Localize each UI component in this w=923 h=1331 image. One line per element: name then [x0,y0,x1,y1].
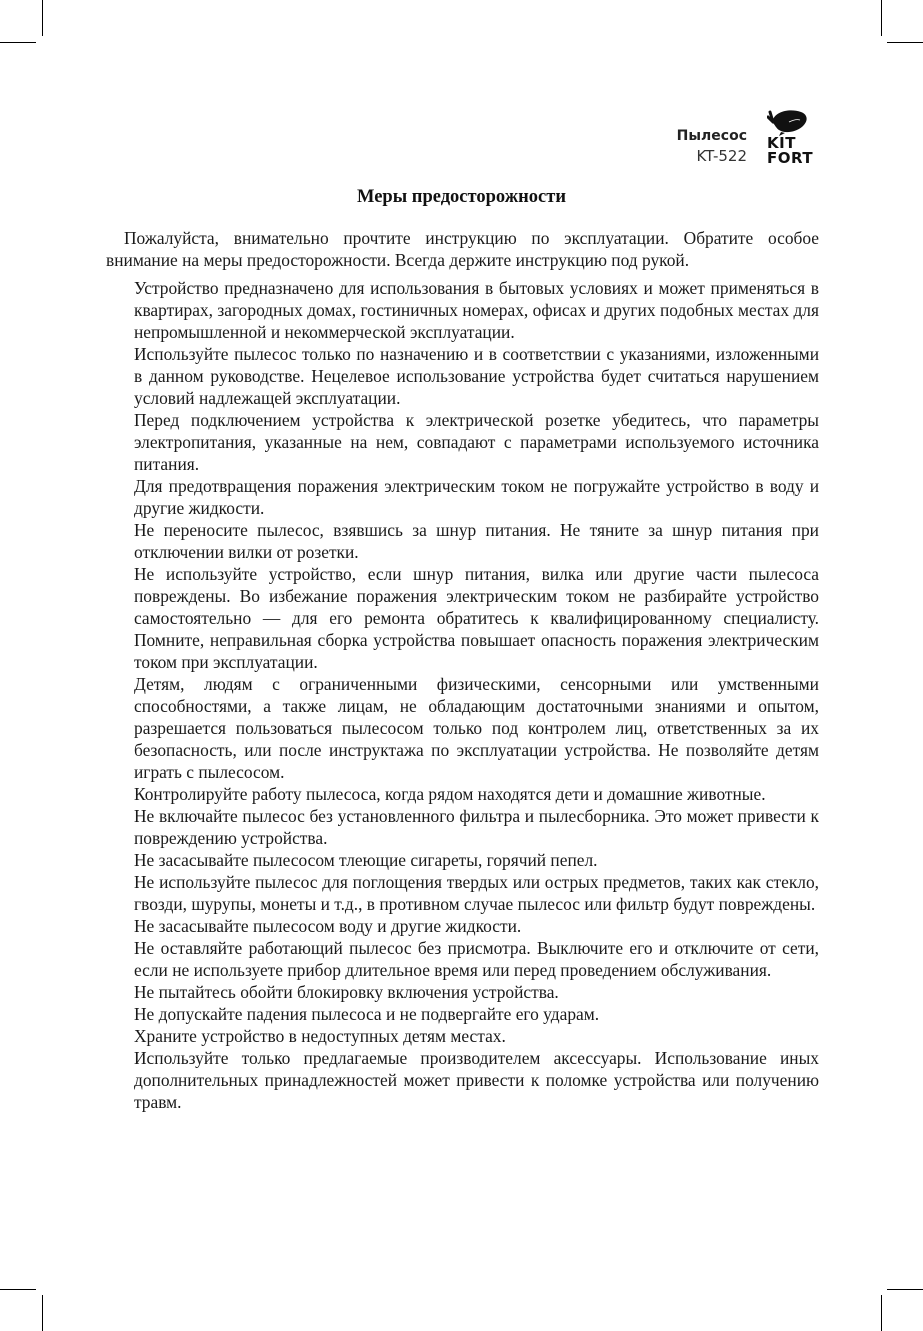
logo-text-fort: FORT [767,151,813,166]
list-item: Используйте пылесос только по назначению… [134,343,819,409]
list-item: Не засасывайте пылесосом тлеющие сигарет… [134,849,819,871]
list-item: Не пытайтесь обойти блокировку включения… [134,981,819,1003]
list-item: Контролируйте работу пылесоса, когда ряд… [134,783,819,805]
product-info: Пылесос KT-522 [677,126,747,166]
product-model: KT-522 [677,146,747,166]
precautions-list: Устройство предназначено для использован… [106,277,819,1113]
crop-mark [881,0,882,36]
list-item: Не оставляйте работающий пылесос без при… [134,937,819,981]
crop-mark [887,42,923,43]
list-item: Не допускайте падения пылесоса и не подв… [134,1003,819,1025]
product-name: Пылесос [677,126,747,146]
brand-logo: KIT FORT [767,108,815,166]
list-item: Детям, людям с ограниченными физическими… [134,673,819,783]
intro-paragraph: Пожалуйста, внимательно прочтите инструк… [106,227,819,271]
list-item: Для предотвращения поражения электрическ… [134,475,819,519]
page-header: Пылесос KT-522 KIT FORT [677,108,815,166]
list-item: Не переносите пылесос, взявшись за шнур … [134,519,819,563]
list-item: Не включайте пылесос без установленного … [134,805,819,849]
crop-mark [0,42,36,43]
list-item: Не засасывайте пылесосом воду и другие ж… [134,915,819,937]
crop-mark [42,1295,43,1331]
crop-mark [42,0,43,36]
document-body: Пожалуйста, внимательно прочтите инструк… [106,227,819,1113]
list-item: Храните устройство в недоступных детям м… [134,1025,819,1047]
crop-mark [0,1289,36,1290]
page-title: Меры предосторожности [0,187,923,208]
crop-mark [887,1289,923,1290]
list-item: Не используйте пылесос для поглощения тв… [134,871,819,915]
list-item: Используйте только предлагаемые производ… [134,1047,819,1113]
list-item: Перед подключением устройства к электрич… [134,409,819,475]
list-item: Устройство предназначено для использован… [134,277,819,343]
list-item: Не используйте устройство, если шнур пит… [134,563,819,673]
whale-icon [767,108,809,136]
crop-mark [881,1295,882,1331]
